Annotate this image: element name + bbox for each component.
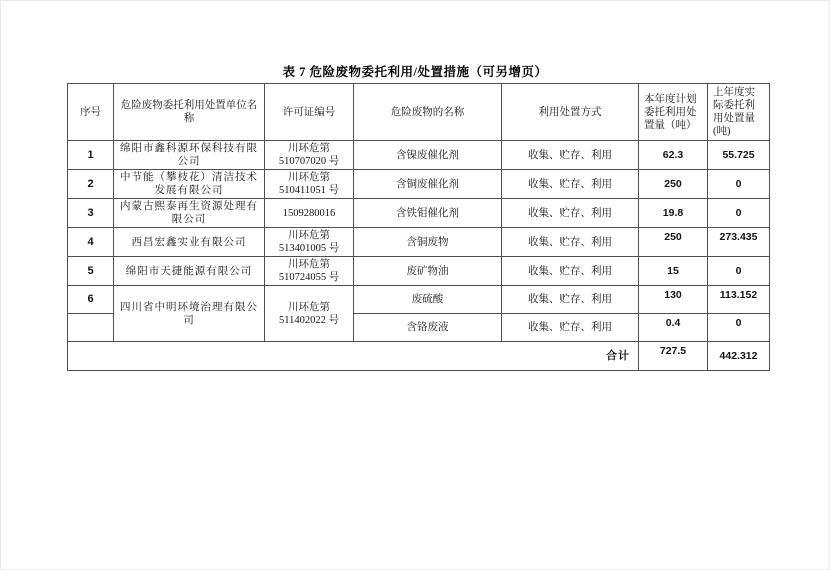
cell-index: 1: [68, 141, 114, 170]
cell-license: 川环危第 513401005 号: [265, 228, 354, 257]
cell-license: 川环危第 510707020 号: [265, 141, 354, 170]
cell-index: 5: [68, 257, 114, 286]
cell-company: 绵阳市鑫科源环保科技有限公司: [114, 141, 265, 170]
cell-method: 收集、贮存、利用: [502, 199, 639, 228]
header-row: 序号 危险废物委托利用处置单位名称 许可证编号 危险废物的名称 利用处置方式 本…: [68, 84, 770, 141]
cell-license: 川环危第 510724055 号: [265, 257, 354, 286]
cell-waste: 废矿物油: [354, 257, 502, 286]
cell-waste: 含镍废催化剂: [354, 141, 502, 170]
header-method: 利用处置方式: [502, 84, 639, 141]
cell-planned-qty: 130: [639, 286, 708, 314]
table-row: 4西昌宏鑫实业有限公司川环危第 513401005 号含铜废物收集、贮存、利用2…: [68, 228, 770, 257]
header-company: 危险废物委托利用处置单位名称: [114, 84, 265, 141]
cell-license: 川环危第 511402022 号: [265, 286, 354, 342]
total-planned-value: 727.5: [639, 342, 708, 371]
cell-waste: 废硫酸: [354, 286, 502, 314]
table-footer: 合计 727.5 442.312: [68, 342, 770, 371]
cell-planned-qty: 15: [639, 257, 708, 286]
cell-actual-qty: 0: [708, 314, 770, 342]
total-actual-value: 442.312: [708, 342, 770, 371]
cell-planned-qty: 0.4: [639, 314, 708, 342]
table-row: 2中节能（攀枝花）清洁技术发展有限公司川环危第 510411051 号含铜废催化…: [68, 170, 770, 199]
cell-actual-qty: 55.725: [708, 141, 770, 170]
cell-method: 收集、贮存、利用: [502, 141, 639, 170]
cell-index: [68, 314, 114, 342]
cell-index: 2: [68, 170, 114, 199]
cell-waste: 含铁钼催化剂: [354, 199, 502, 228]
table-container: 序号 危险废物委托利用处置单位名称 许可证编号 危险废物的名称 利用处置方式 本…: [67, 83, 770, 371]
cell-method: 收集、贮存、利用: [502, 314, 639, 342]
cell-actual-qty: 273.435: [708, 228, 770, 257]
cell-company: 四川省中明环境治理有限公司: [114, 286, 265, 342]
cell-actual-qty: 0: [708, 170, 770, 199]
cell-planned-qty: 62.3: [639, 141, 708, 170]
cell-company: 中节能（攀枝花）清洁技术发展有限公司: [114, 170, 265, 199]
cell-method: 收集、贮存、利用: [502, 257, 639, 286]
cell-waste: 含铜废物: [354, 228, 502, 257]
hazardous-waste-table: 序号 危险废物委托利用处置单位名称 许可证编号 危险废物的名称 利用处置方式 本…: [67, 83, 770, 371]
cell-waste: 含铬废液: [354, 314, 502, 342]
table-row: 1绵阳市鑫科源环保科技有限公司川环危第 510707020 号含镍废催化剂收集、…: [68, 141, 770, 170]
total-label: 合计: [68, 342, 639, 371]
cell-company: 内蒙古熙泰再生资源处理有限公司: [114, 199, 265, 228]
document-page: 表 7 危险废物委托利用/处置措施（可另增页） 序号 危险废物委托利用处置单位名…: [0, 0, 830, 570]
cell-company: 绵阳市天捷能源有限公司: [114, 257, 265, 286]
cell-method: 收集、贮存、利用: [502, 286, 639, 314]
cell-license: 川环危第 510411051 号: [265, 170, 354, 199]
table-header: 序号 危险废物委托利用处置单位名称 许可证编号 危险废物的名称 利用处置方式 本…: [68, 84, 770, 141]
cell-planned-qty: 19.8: [639, 199, 708, 228]
total-row: 合计 727.5 442.312: [68, 342, 770, 371]
table-body: 1绵阳市鑫科源环保科技有限公司川环危第 510707020 号含镍废催化剂收集、…: [68, 141, 770, 342]
table-row: 5绵阳市天捷能源有限公司川环危第 510724055 号废矿物油收集、贮存、利用…: [68, 257, 770, 286]
cell-method: 收集、贮存、利用: [502, 228, 639, 257]
cell-actual-qty: 0: [708, 257, 770, 286]
cell-index: 6: [68, 286, 114, 314]
cell-actual-qty: 113.152: [708, 286, 770, 314]
cell-planned-qty: 250: [639, 228, 708, 257]
cell-index: 4: [68, 228, 114, 257]
cell-planned-qty: 250: [639, 170, 708, 199]
header-actual: 上年度实际委托利用处置量(吨): [708, 84, 770, 141]
header-planned: 本年度计划委托利用处置量（吨）: [639, 84, 708, 141]
cell-index: 3: [68, 199, 114, 228]
cell-company: 西昌宏鑫实业有限公司: [114, 228, 265, 257]
cell-actual-qty: 0: [708, 199, 770, 228]
table-row: 6四川省中明环境治理有限公司川环危第 511402022 号废硫酸收集、贮存、利…: [68, 286, 770, 314]
cell-license: 1509280016: [265, 199, 354, 228]
cell-waste: 含铜废催化剂: [354, 170, 502, 199]
header-license: 许可证编号: [265, 84, 354, 141]
header-waste: 危险废物的名称: [354, 84, 502, 141]
header-index: 序号: [68, 84, 114, 141]
cell-method: 收集、贮存、利用: [502, 170, 639, 199]
page-title: 表 7 危险废物委托利用/处置措施（可另增页）: [1, 62, 829, 80]
table-row: 3内蒙古熙泰再生资源处理有限公司1509280016含铁钼催化剂收集、贮存、利用…: [68, 199, 770, 228]
